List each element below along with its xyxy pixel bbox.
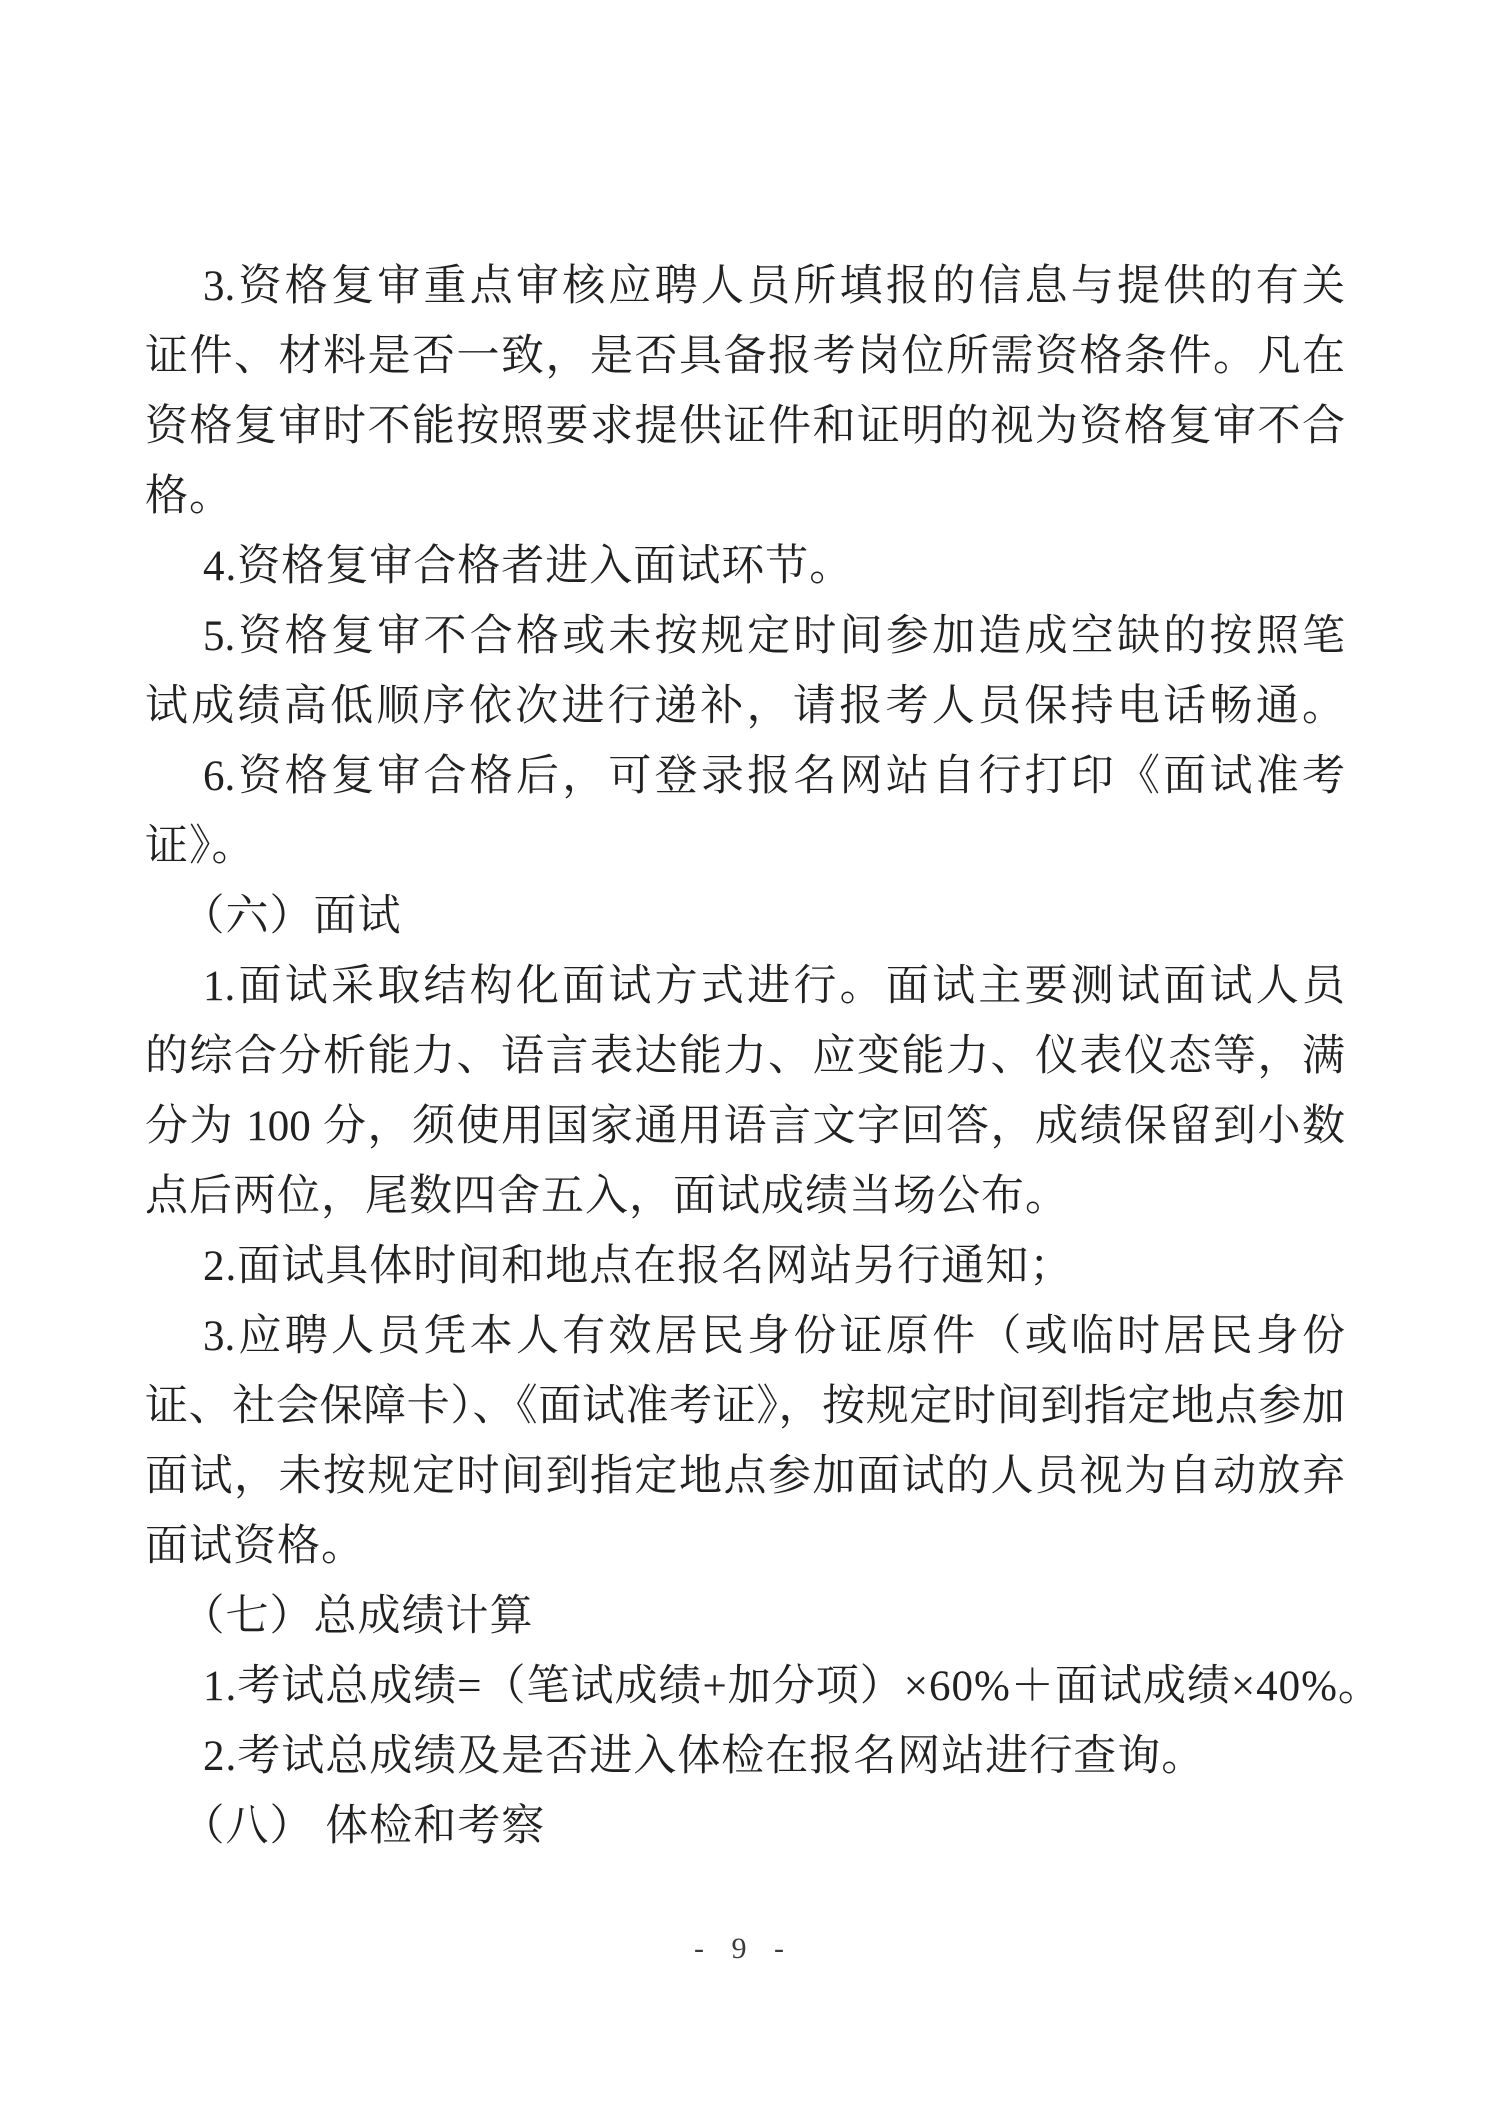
text-line: 面试资格。 bbox=[145, 1512, 1345, 1582]
text-line: 1.面试采取结构化面试方式进行。面试主要测试面试人员 bbox=[145, 952, 1345, 1022]
text-line: 证》。 bbox=[145, 812, 1345, 882]
text-line: 2.面试具体时间和地点在报名网站另行通知； bbox=[145, 1232, 1345, 1302]
section-heading: （六）面试 bbox=[145, 882, 1345, 952]
document-body: 3.资格复审重点审核应聘人员所填报的信息与提供的有关 证件、材料是否一致，是否具… bbox=[145, 252, 1345, 1862]
text-line: 5.资格复审不合格或未按规定时间参加造成空缺的按照笔 bbox=[145, 602, 1345, 672]
text-line: 的综合分析能力、语言表达能力、应变能力、仪表仪态等，满 bbox=[145, 1022, 1345, 1092]
text-line: 6.资格复审合格后，可登录报名网站自行打印《面试准考 bbox=[145, 742, 1345, 812]
section-heading: （七）总成绩计算 bbox=[145, 1582, 1345, 1652]
section-heading: （八） 体检和考察 bbox=[145, 1792, 1345, 1862]
text-line: 3.应聘人员凭本人有效居民身份证原件（或临时居民身份 bbox=[145, 1302, 1345, 1372]
text-line: 2.考试总成绩及是否进入体检在报名网站进行查询。 bbox=[145, 1722, 1345, 1792]
text-line: 证、社会保障卡）、《面试准考证》，按规定时间到指定地点参加 bbox=[145, 1372, 1345, 1442]
text-line: 4.资格复审合格者进入面试环节。 bbox=[145, 532, 1345, 602]
text-line: 面试，未按规定时间到指定地点参加面试的人员视为自动放弃 bbox=[145, 1442, 1345, 1512]
text-line: 分为 100 分，须使用国家通用语言文字回答，成绩保留到小数 bbox=[145, 1092, 1345, 1162]
text-line: 试成绩高低顺序依次进行递补，请报考人员保持电话畅通。 bbox=[145, 672, 1345, 742]
page-number: - 9 - bbox=[0, 1932, 1488, 1966]
text-line: 资格复审时不能按照要求提供证件和证明的视为资格复审不合 bbox=[145, 392, 1345, 462]
text-line: 点后两位，尾数四舍五入，面试成绩当场公布。 bbox=[145, 1162, 1345, 1232]
text-line: 证件、材料是否一致，是否具备报考岗位所需资格条件。凡在 bbox=[145, 322, 1345, 392]
text-line: 格。 bbox=[145, 462, 1345, 532]
document-page: 3.资格复审重点审核应聘人员所填报的信息与提供的有关 证件、材料是否一致，是否具… bbox=[0, 0, 1488, 2104]
text-line: 3.资格复审重点审核应聘人员所填报的信息与提供的有关 bbox=[145, 252, 1345, 322]
text-line: 1.考试总成绩=（笔试成绩+加分项）×60%＋面试成绩×40%。 bbox=[145, 1652, 1345, 1722]
